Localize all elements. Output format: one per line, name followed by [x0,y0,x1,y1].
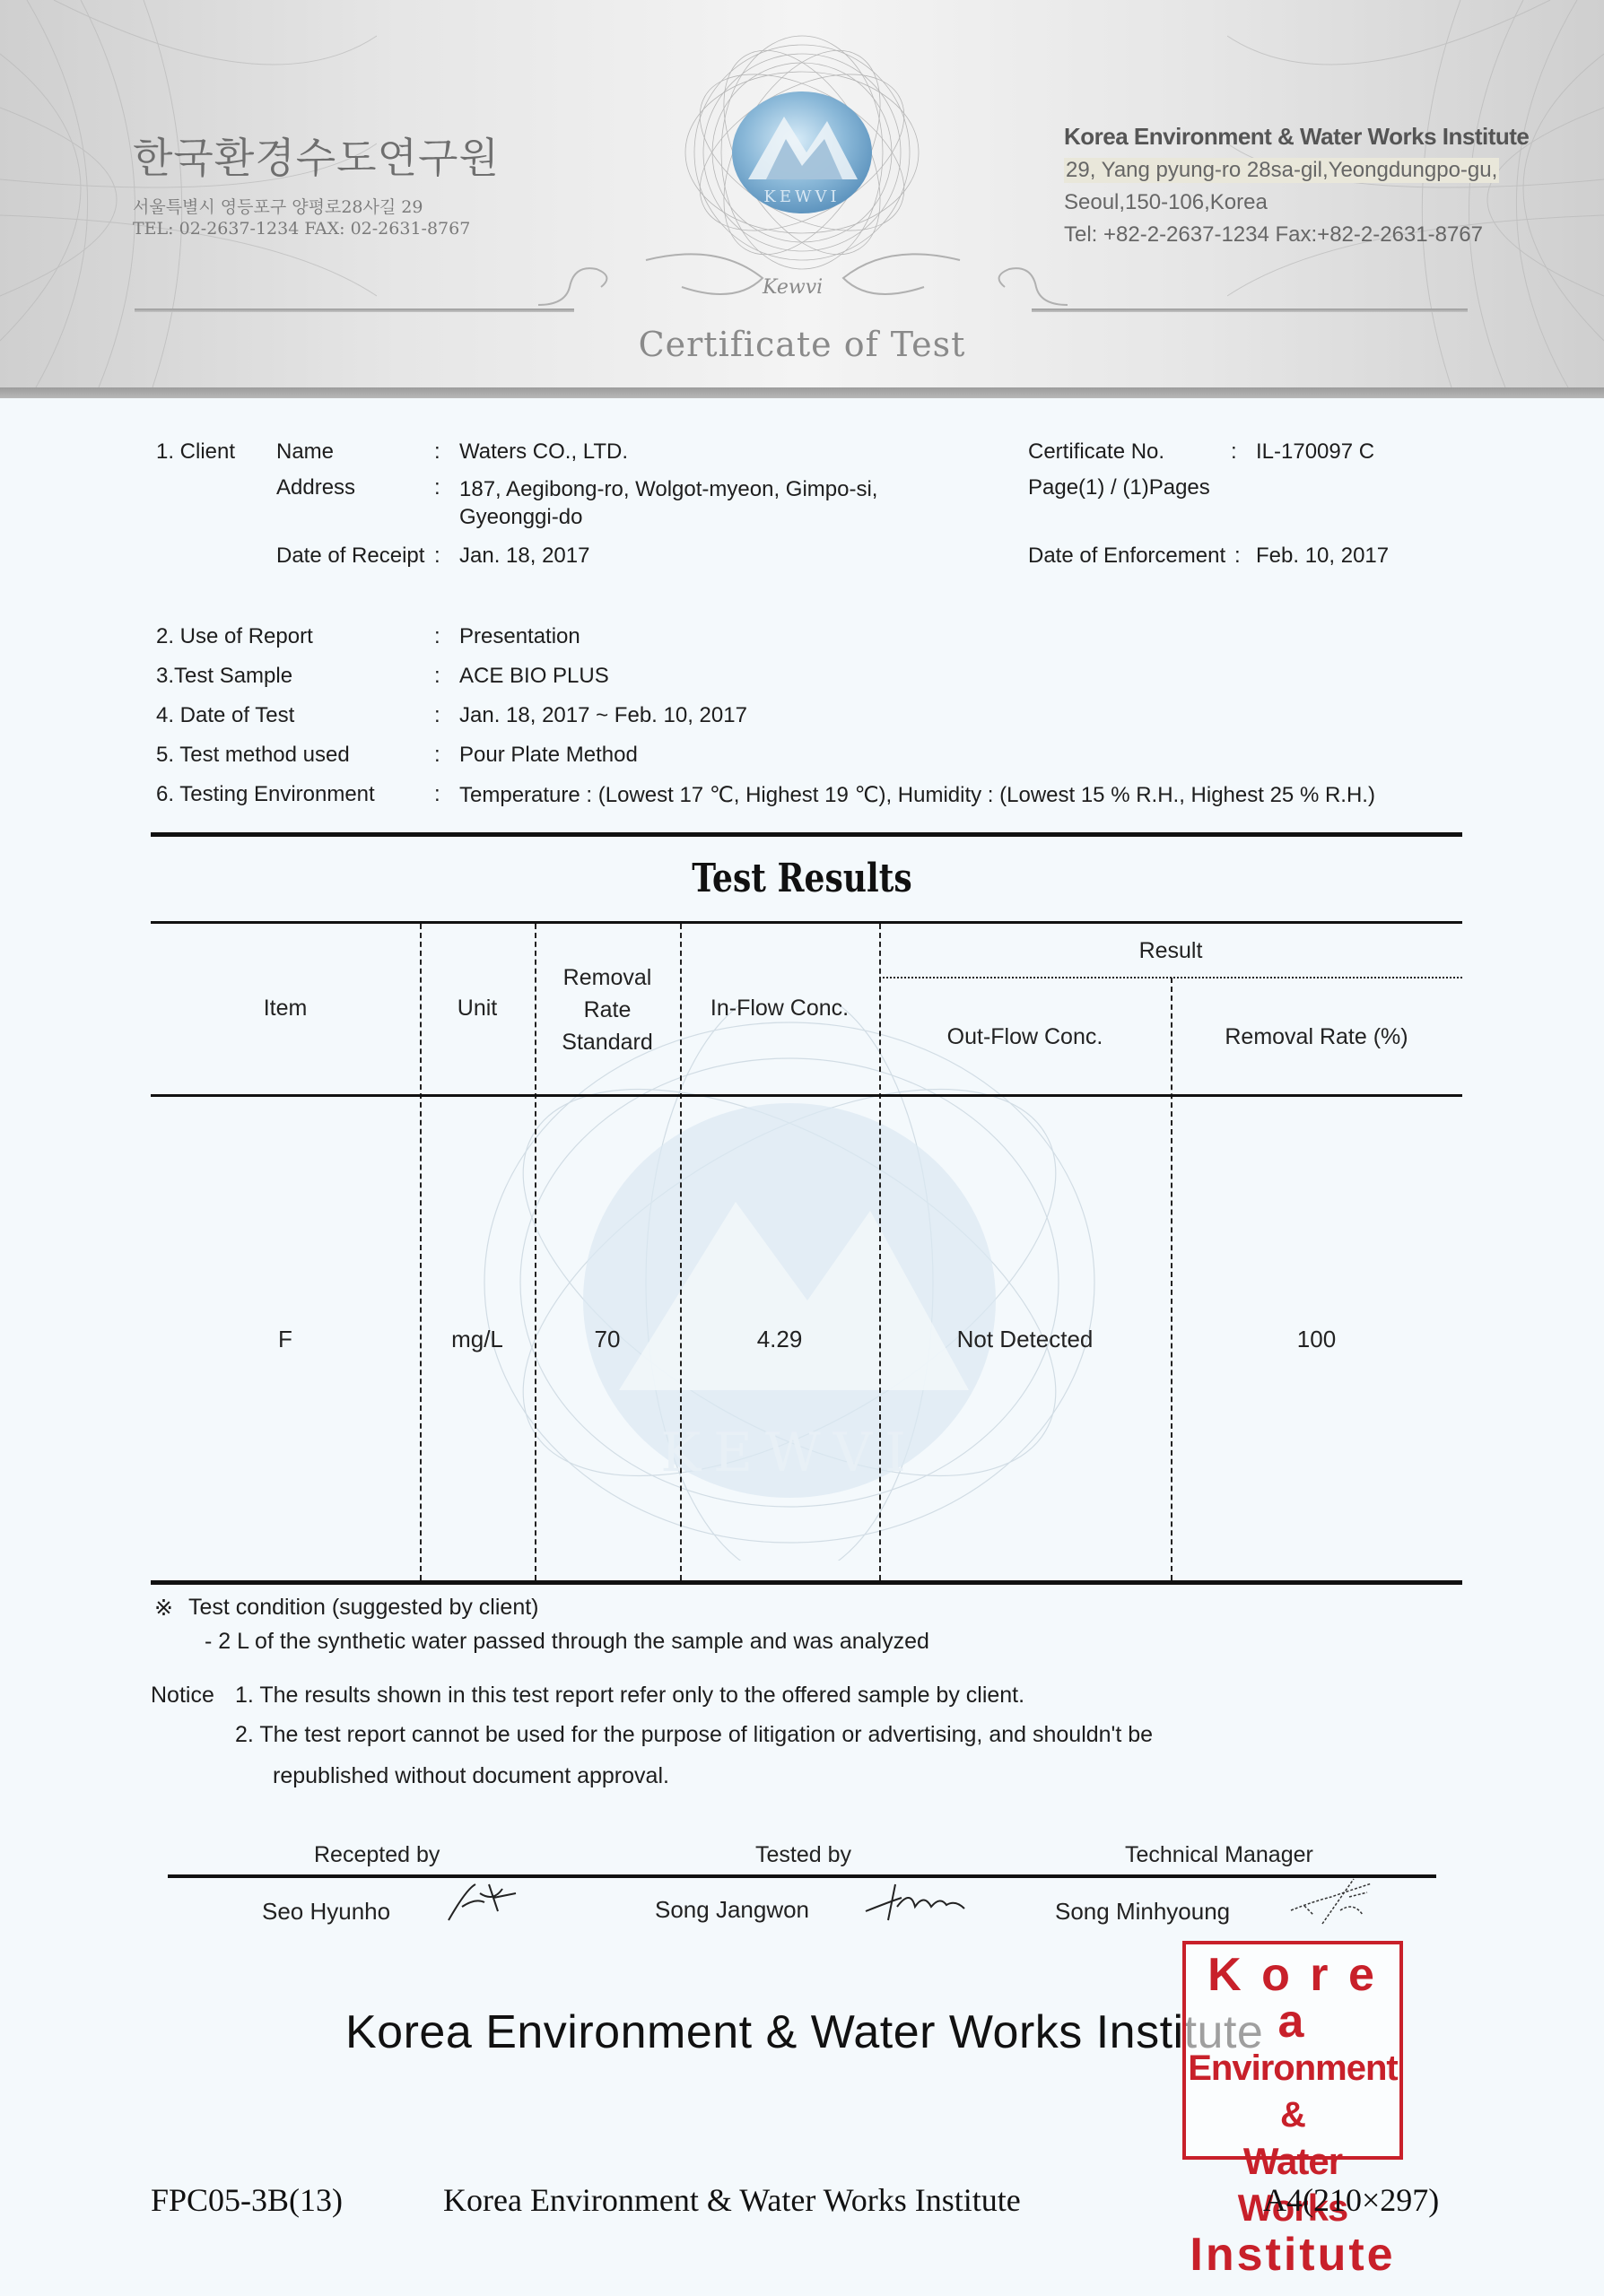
header-outflow: Out-Flow Conc. [879,1021,1171,1053]
colon: : [434,439,440,465]
official-seal-stamp: K o r e a Environment & Water Works Inst… [1182,1941,1403,2160]
notice-2: 2. The test report cannot be used for th… [235,1722,1153,1748]
signature-role-tester: Tested by [755,1842,851,1868]
results-top-rule [151,832,1462,837]
client-address-line2: Gyeonggi-do [459,505,582,530]
client-name-value: Waters CO., LTD. [459,439,628,465]
signature-name-receptor: Seo Hyunho [262,1898,390,1926]
header-standard-line1: Removal [535,961,680,994]
cell-item: F [151,1326,420,1353]
header-removal-rate: Removal Rate (%) [1171,1021,1462,1053]
notice-2-continued: republished without document approval. [273,1763,669,1789]
detail-label: 5. Test method used [156,743,350,768]
header-band [0,387,1604,398]
client-address-line1: 187, Aegibong-ro, Wolgot-myeon, Gimpo-si… [459,477,877,502]
english-address-line2: Seoul,150-106,Korea [1064,190,1268,215]
cell-unit: mg/L [420,1326,535,1353]
client-name-label: Name [276,439,334,465]
colon: : [434,475,440,500]
cell-outflow: Not Detected [879,1326,1171,1353]
signature-role-receptor: Recepted by [314,1842,440,1868]
signature-name-manager: Song Minhyoung [1055,1898,1230,1926]
svg-text:KEWVI: KEWVI [763,187,840,206]
english-institute-name: Korea Environment & Water Works Institut… [1064,123,1529,151]
paper-size: A4(210×297) [1263,2181,1439,2219]
korean-address: 서울특별시 영등포구 양평로28사길 29 [133,194,423,218]
header-divider-right [1032,309,1468,312]
colon: : [434,544,440,569]
detail-label: 2. Use of Report [156,624,313,649]
column-divider [1171,978,1172,1580]
detail-value: Temperature : (Lowest 17 ℃, Highest 19 ℃… [459,782,1375,808]
colon: : [1231,439,1237,465]
english-contact: Tel: +82-2-2637-1234 Fax:+82-2-2631-8767 [1064,222,1483,248]
certificate-no-value: IL-170097 C [1256,439,1374,465]
header-divider-left [135,309,574,312]
institute-name: Korea Environment & Water Works Institut… [345,2005,1263,2059]
detail-value: Presentation [459,624,580,649]
detail-value: Pour Plate Method [459,743,638,768]
certificate-header: KEWVI 한국환경수도연구원 서울특별시 영등포구 양평로28사길 29 TE… [0,0,1604,387]
korean-institute-name: 한국환경수도연구원 [133,126,500,185]
results-title: Test Results [144,856,1460,901]
signature-rule [168,1874,1436,1878]
header-standard-line3: Standard [535,1026,680,1058]
result-group-divider [879,977,1462,978]
certificate-no-label: Certificate No. [1028,439,1164,465]
signature-manager-icon [1286,1874,1385,1928]
signature-role-manager: Technical Manager [1125,1842,1313,1868]
stamp-line4: Institute [1186,2231,1399,2278]
cell-standard: 70 [535,1326,680,1353]
header-item: Item [151,992,420,1024]
header-standard: Removal Rate Standard [535,961,680,1058]
receipt-date-value: Jan. 18, 2017 [459,544,589,569]
detail-label: 6. Testing Environment [156,782,375,807]
colon: : [434,743,440,768]
condition-title: Test condition (suggested by client) [188,1595,539,1621]
detail-value: ACE BIO PLUS [459,664,609,689]
detail-label: 4. Date of Test [156,703,294,728]
colon: : [434,664,440,689]
english-address-line1: 29, Yang pyung-ro 28sa-gil,Yeongdungpo-g… [1064,158,1499,183]
enforcement-date-value: Feb. 10, 2017 [1256,544,1389,569]
colon: : [434,782,440,807]
colon: : [434,703,440,728]
kewvi-script-mark: Kewvi [763,276,823,299]
document-title: Certificate of Test [0,325,1604,364]
header-unit: Unit [420,992,535,1024]
detail-label: 3.Test Sample [156,664,292,689]
korean-contact: TEL: 02-2637-1234 FAX: 02-2631-8767 [133,219,470,239]
colon: : [434,624,440,649]
page-info: Page(1) / (1)Pages [1028,475,1210,500]
cell-removal-rate: 100 [1171,1326,1462,1353]
footer-institute: Korea Environment & Water Works Institut… [443,2181,1021,2219]
signature-tester-icon [861,1880,969,1925]
header-standard-line2: Rate [535,994,680,1026]
table-bottom-rule [151,1580,1462,1585]
colon: : [1234,544,1241,569]
kewvi-watermark: KEWVI [466,1004,1112,1561]
signature-receptor-icon [440,1880,520,1925]
detail-value: Jan. 18, 2017 ~ Feb. 10, 2017 [459,703,747,728]
client-section-label: 1. Client [156,439,235,465]
header-inflow: In-Flow Conc. [680,992,879,1024]
form-code: FPC05-3B(13) [151,2181,343,2219]
stamp-line2: Environment & [1186,2045,1399,2138]
condition-detail: - 2 L of the synthetic water passed thro… [205,1629,929,1655]
enforcement-date-label: Date of Enforcement [1028,544,1225,569]
signature-name-tester: Song Jangwon [655,1896,809,1924]
notice-label: Notice [151,1683,214,1709]
notice-1: 1. The results shown in this test report… [235,1683,1024,1709]
condition-mark: ※ [154,1595,173,1622]
receipt-date-label: Date of Receipt [276,544,424,569]
client-address-label: Address [276,475,355,500]
stamp-line1: K o r e a [1186,1952,1399,2045]
table-header-top-rule [151,921,1462,924]
header-result-group: Result [879,935,1462,967]
cell-inflow: 4.29 [680,1326,879,1353]
table-header-bottom-rule [151,1094,1462,1097]
